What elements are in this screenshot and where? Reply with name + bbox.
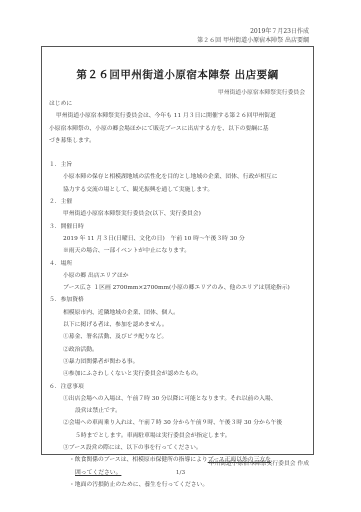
document-frame: 第２６回甲州街道小原宿本陣祭 出店要綱 甲州街道小原宿本陣祭実行委員会 はじめに…	[41, 46, 314, 455]
section-line: ①募金、署名活動、及びビラ配りなど。	[49, 331, 306, 343]
organizer-line: 甲州街道小原宿本陣祭実行委員会	[218, 87, 305, 96]
section-heading-notes: ６．注意事項	[49, 381, 306, 393]
intro-line: づき募集します。	[49, 135, 306, 147]
note-bullet-text: ・飲食関係のブースは、相模原市保健所の指導により	[69, 457, 208, 463]
section-line: ブース広さ １区画 2700mm×2700mm(小原の郷エリアのみ、他のエリアは…	[49, 282, 306, 294]
note-line: ③ブース設営の際には、以下の事を行ってください。	[49, 442, 306, 454]
intro-heading: はじめに	[49, 98, 306, 110]
note-line: 設営は禁止です。	[49, 405, 306, 417]
section-line: 以下に掲げる者は、参加を認めません。	[49, 319, 306, 331]
document-title: 第２６回甲州街道小原宿本陣祭 出店要綱	[42, 67, 313, 82]
section-line: ②政治活動。	[49, 344, 306, 356]
intro-line: 甲州街道小原宿本陣祭実行委員会は、今年も 11 月３日に開催する第２６回甲州街道	[49, 110, 306, 122]
section-line: 2019 年 11 月３日(日曜日、文化の日) 午前 10 時～午後３時 30 …	[49, 233, 306, 245]
note-line: ①出店会場への入場は、午前７時 30 分以降に可能となります。それ以前の入場、	[49, 393, 306, 405]
section-heading-organizer: ２．主催	[49, 196, 306, 208]
section-line: 甲州街道小原宿本陣祭実行委員会(以下、実行委員会)	[49, 208, 306, 220]
section-line: ④参加にふさわしくないと実行委員会が認めたもの。	[49, 368, 306, 380]
document-body: はじめに 甲州街道小原宿本陣祭実行委員会は、今年も 11 月３日に開催する第２６…	[49, 98, 306, 491]
section-heading-eligibility: ５．参加資格	[49, 294, 306, 306]
section-line: 協力する交流の場として、観光振興を通して実施します。	[49, 184, 306, 196]
section-line: ※雨天の場合、一部イベントが中止になります。	[49, 245, 306, 257]
note-line: ②会場への車両乗り入れは、午前７時 30 分から午前９時、午後３時 30 分から…	[49, 417, 306, 429]
section-line: 小原の郷 出店エリアほか	[49, 270, 306, 282]
date-created: 2019年７月23日作成	[250, 26, 309, 35]
footer-author: 甲州街道小原宿本陣祭実行委員会 作成	[209, 458, 309, 467]
section-heading-purpose: １．主旨	[49, 159, 306, 171]
section-line: 相模原市内、近隣地域の企業、団体、個人。	[49, 307, 306, 319]
section-line: 小原本陣の保存と相模湖地域の活性化を目的とし地域の企業、団体、行政が相互に	[49, 171, 306, 183]
page-number: 1/3	[0, 470, 361, 476]
note-bullet: ・地面の汚損防止のために、養生を行ってください。	[49, 479, 306, 491]
section-line: ③暴力団関係者が関わる事。	[49, 356, 306, 368]
spacer	[49, 147, 306, 159]
intro-line: 小原宿本陣祭の、小原の郷会場ほかにて販売ブースに出店する方を、以下の要綱に基	[49, 123, 306, 135]
document-reference: 第２６回 甲州街道小原宿本陣祭 出店要綱	[197, 35, 309, 44]
note-line: ５時までとします。車両駐車場は実行委員会が指定します。	[49, 430, 306, 442]
section-heading-venue: ４．場所	[49, 258, 306, 270]
section-heading-datetime: ３．開催日時	[49, 221, 306, 233]
